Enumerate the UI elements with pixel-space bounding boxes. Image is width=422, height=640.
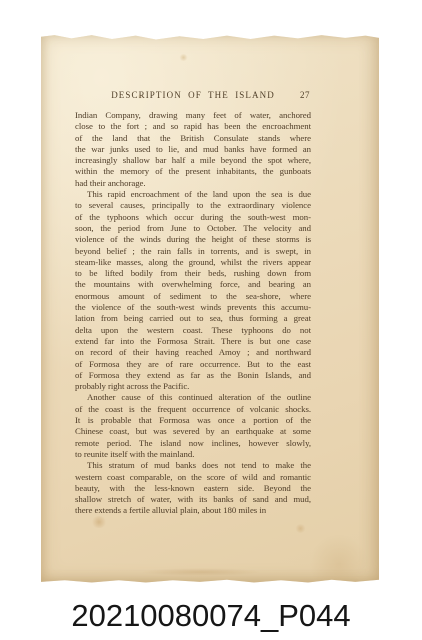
paper-stain (91, 516, 107, 528)
paragraph: Indian Company, drawing many feet of wat… (75, 110, 311, 189)
paper-stain (179, 54, 188, 61)
page-number: 27 (300, 90, 310, 101)
text-line: delta upon the western coast. These typh… (75, 325, 311, 336)
text-line: the mountains with overwhelming force, a… (75, 279, 311, 290)
text-line: beauty, with the less-known eastern side… (75, 483, 311, 494)
text-line: the war junks used to lie, and mud banks… (75, 144, 311, 155)
book-page-photo: DESCRIPTION OF THE ISLAND 27 Indian Comp… (0, 0, 422, 640)
text-line: of Formosa they are of rare occurrence. … (75, 359, 311, 370)
text-line: probably right across the Pacific. (75, 381, 311, 392)
text-line: Chinese coast, but was severed by an ear… (75, 426, 311, 437)
text-line: This rapid encroachment of the land upon… (75, 189, 311, 200)
text-line: This stratum of mud banks does not tend … (75, 460, 311, 471)
photo-caption: 20210080074_P044 (0, 598, 422, 634)
text-line: of the typhoons which occur during the s… (75, 212, 311, 223)
text-line: increasingly shallow bar half a mile bey… (75, 155, 311, 166)
book-page: DESCRIPTION OF THE ISLAND 27 Indian Comp… (41, 34, 379, 583)
text-line: there extends a fertile alluvial plain, … (75, 505, 311, 516)
text-line: Another cause of this continued alterati… (75, 392, 311, 403)
text-line: of Formosa they extend as far as the Bon… (75, 370, 311, 381)
text-line: violence of the winds during the height … (75, 234, 311, 245)
text-line: shallow stretch of water, with its banks… (75, 494, 311, 505)
text-line: remote period. The island now inclines, … (75, 438, 311, 449)
text-line: western coast comparable, on the score o… (75, 472, 311, 483)
paper-stain (295, 524, 306, 533)
text-line: Indian Company, drawing many feet of wat… (75, 110, 311, 121)
running-head: DESCRIPTION OF THE ISLAND 27 (75, 90, 311, 101)
text-line: on record of their having reached Amoy ;… (75, 347, 311, 358)
page-content: DESCRIPTION OF THE ISLAND 27 Indian Comp… (75, 90, 311, 517)
text-line: lation from being carried out to sea, th… (75, 313, 311, 324)
text-line: the violence of the south-west winds pre… (75, 302, 311, 313)
paper-stain (309, 534, 369, 594)
text-line: extend far into the Formosa Strait. Ther… (75, 336, 311, 347)
text-line: to be lifted bodily from their beds, rus… (75, 268, 311, 279)
text-line: enormous amount of sediment to the sea-s… (75, 291, 311, 302)
paper-stain (141, 568, 261, 576)
text-line: within the memory of the present inhabit… (75, 166, 311, 177)
page-text: Indian Company, drawing many feet of wat… (75, 110, 311, 517)
paragraph: Another cause of this continued alterati… (75, 392, 311, 460)
text-line: It is probable that Formosa was once a p… (75, 415, 311, 426)
text-line: steam-like masses, along the ground, whi… (75, 257, 311, 268)
text-line: soon, the period from June to October. T… (75, 223, 311, 234)
text-line: to several causes, principally to the ex… (75, 200, 311, 211)
text-line: close to the fort ; and so rapid has bee… (75, 121, 311, 132)
text-line: beyond belief ; the rain falls in torren… (75, 246, 311, 257)
text-line: had their anchorage. (75, 178, 311, 189)
text-line: of the land that the British Consulate s… (75, 133, 311, 144)
text-line: to reunite itself with the mainland. (75, 449, 311, 460)
paragraph: This rapid encroachment of the land upon… (75, 189, 311, 392)
text-line: of the coast is the frequent occurrence … (75, 404, 311, 415)
paragraph: This stratum of mud banks does not tend … (75, 460, 311, 516)
running-head-title: DESCRIPTION OF THE ISLAND (111, 90, 275, 100)
